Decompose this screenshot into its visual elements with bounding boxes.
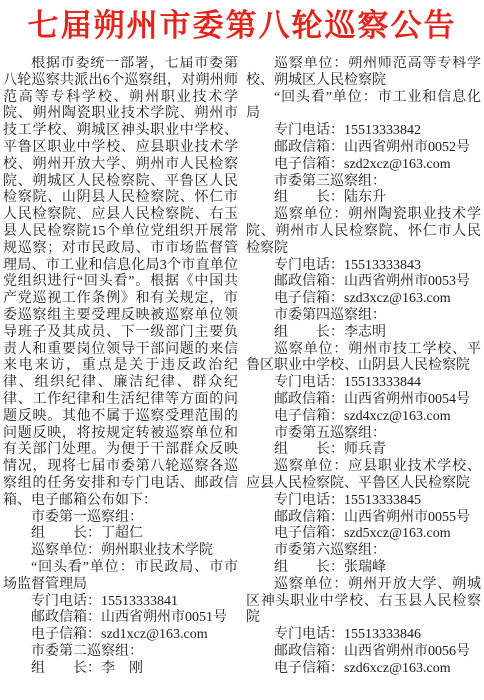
email-label: 电子信箱： [274,526,344,541]
email-value: szd6xcz@163.com [344,661,451,676]
group-leader-line: 组 长：李 刚 [3,661,238,678]
phone-label: 专门电话： [274,123,344,138]
group-mail-line: 邮政信箱：山西省朔州市0052号 [246,140,481,157]
leader-value: 李志明 [344,325,386,340]
group-leader-line: 组 长：师兵青 [246,442,481,459]
group-units-line: 巡察单位：朔州开放大学、朔城区神头职业中学校、右玉县人民检察院 [246,577,481,627]
mail-value: 山西省朔州市0051号 [101,610,227,625]
group-phone-line: 专门电话：15513333841 [3,594,238,611]
phone-label: 专门电话： [31,594,101,609]
mail-value: 山西省朔州市0055号 [344,510,470,525]
phone-value: 15513333844 [344,375,421,390]
group-leader-line: 组 长：李志明 [246,325,481,342]
review-label: “回头看”单位： [31,560,135,575]
email-value: szd3xcz@163.com [344,291,451,306]
mail-value: 山西省朔州市0052号 [344,140,470,155]
group-mail-line: 邮政信箱：山西省朔州市0053号 [246,274,481,291]
group-email-line: 电子信箱：szd1xcz@163.com [3,627,238,644]
mail-label: 邮政信箱： [274,644,344,659]
phone-value: 15513333841 [101,594,178,609]
inspection-group-block: 市委第三巡察组： 组 长：陆东升 巡察单位：朔州陶瓷职业技术学院、朔州市人民检察… [246,174,481,308]
group-leader-line: 组 长：丁超仁 [3,526,238,543]
leader-label: 组 长： [31,526,101,541]
email-value: szd4xcz@163.com [344,409,451,424]
units-label: 巡察单位： [274,459,348,474]
group-units-line: 巡察单位：应县职业技术学校、应县人民检察院、平鲁区人民检察院 [246,459,481,493]
group-name: 市委第一巡察组： [3,510,238,527]
group-name: 市委第三巡察组： [246,174,481,191]
mail-label: 邮政信箱： [31,610,101,625]
mail-label: 邮政信箱： [274,140,344,155]
leader-label: 组 长： [274,325,344,340]
inspection-group-block: 市委第六巡察组： 组 长：张瑞峰 巡察单位：朔州开放大学、朔城区神头职业中学校、… [246,543,481,677]
phone-label: 专门电话： [274,627,344,642]
group-leader-line: 组 长：张瑞峰 [246,560,481,577]
phone-value: 15513333845 [344,493,421,508]
email-label: 电子信箱： [274,661,344,676]
phone-label: 专门电话： [274,493,344,508]
leader-value: 丁超仁 [101,526,143,541]
group-review-line: “回头看”单位：市工业和信息化局 [246,90,481,124]
units-label: 巡察单位： [274,56,348,71]
announcement-body: 根据市委统一部署，七届市委第八轮巡察共派出6个巡察组，对朔州师范高等专科学校、朔… [3,56,481,696]
mail-label: 邮政信箱： [274,510,344,525]
group-leader-line: 组 长：陆东升 [246,190,481,207]
group-phone-line: 专门电话：15513333845 [246,493,481,510]
mail-value: 山西省朔州市0054号 [344,392,470,407]
group-mail-line: 邮政信箱：山西省朔州市0056号 [246,644,481,661]
group-units-line: 巡察单位：朔州市技工学校、平鲁区职业中学校、山阴县人民检察院 [246,342,481,376]
group-mail-line: 邮政信箱：山西省朔州市0055号 [246,510,481,527]
email-label: 电子信箱： [274,157,344,172]
inspection-group-block: 市委第一巡察组： 组 长：丁超仁 巡察单位：朔州职业技术学院 “回头看”单位：市… [3,510,238,644]
email-label: 电子信箱： [31,627,101,642]
leader-value: 张瑞峰 [344,560,386,575]
group-mail-line: 邮政信箱：山西省朔州市0051号 [3,610,238,627]
phone-value: 15513333842 [344,123,421,138]
group-units-line: 巡察单位：朔州陶瓷职业技术学院、朔州市人民检察院、怀仁市人民检察院 [246,207,481,257]
group-email-line: 电子信箱：szd5xcz@163.com [246,526,481,543]
email-value: szd1xcz@163.com [101,627,208,642]
units-label: 巡察单位： [274,342,348,357]
units-label: 巡察单位： [31,543,101,558]
group-email-line: 电子信箱：szd2xcz@163.com [246,157,481,174]
inspection-group-block: 市委第五巡察组： 组 长：师兵青 巡察单位：应县职业技术学校、应县人民检察院、平… [246,426,481,544]
phone-value: 15513333846 [344,627,421,642]
group-name: 市委第六巡察组： [246,543,481,560]
leader-value: 陆东升 [344,190,386,205]
mail-label: 邮政信箱： [274,274,344,289]
phone-value: 15513333843 [344,258,421,273]
mail-value: 山西省朔州市0056号 [344,644,470,659]
units-label: 巡察单位： [274,207,348,222]
page-title: 七届朔州市委第八轮巡察公告 [3,6,481,46]
group-phone-line: 专门电话：15513333846 [246,627,481,644]
units-value: 朔州职业技术学院 [101,543,213,558]
leader-value: 李 刚 [101,661,143,676]
leader-label: 组 长： [31,661,101,676]
group-phone-line: 专门电话：15513333842 [246,123,481,140]
phone-label: 专门电话： [274,375,344,390]
mail-value: 山西省朔州市0053号 [344,274,470,289]
leader-label: 组 长： [274,190,344,205]
inspection-group-block: 市委第四巡察组： 组 长：李志明 巡察单位：朔州市技工学校、平鲁区职业中学校、山… [246,308,481,426]
leader-value: 师兵青 [344,442,386,457]
email-value: szd5xcz@163.com [344,526,451,541]
group-units-line: 巡察单位：朔州师范高等专科学校、朔城区人民检察院 [246,56,481,90]
group-review-line: “回头看”单位：市民政局、市市场监督管理局 [3,560,238,594]
group-name: 市委第四巡察组： [246,308,481,325]
email-label: 电子信箱： [274,409,344,424]
group-phone-line: 专门电话：15513333843 [246,258,481,275]
review-label: “回头看”单位： [274,90,378,105]
group-name: 市委第五巡察组： [246,426,481,443]
group-mail-line: 邮政信箱：山西省朔州市0054号 [246,392,481,409]
announcement-page: 七届朔州市委第八轮巡察公告 根据市委统一部署，七届市委第八轮巡察共派出6个巡察组… [0,0,484,700]
leader-label: 组 长： [274,560,344,575]
group-email-line: 电子信箱：szd6xcz@163.com [246,661,481,678]
phone-label: 专门电话： [274,258,344,273]
email-value: szd2xcz@163.com [344,157,451,172]
group-phone-line: 专门电话：15513333844 [246,375,481,392]
group-name: 市委第二巡察组： [3,644,238,661]
intro-paragraph: 根据市委统一部署，七届市委第八轮巡察共派出6个巡察组，对朔州师范高等专科学校、朔… [3,56,238,510]
group-email-line: 电子信箱：szd3xcz@163.com [246,291,481,308]
mail-label: 邮政信箱： [274,392,344,407]
leader-label: 组 长： [274,442,344,457]
email-label: 电子信箱： [274,291,344,306]
units-label: 巡察单位： [274,577,348,592]
group-email-line: 电子信箱：szd4xcz@163.com [246,409,481,426]
group-units-line: 巡察单位：朔州职业技术学院 [3,543,238,560]
